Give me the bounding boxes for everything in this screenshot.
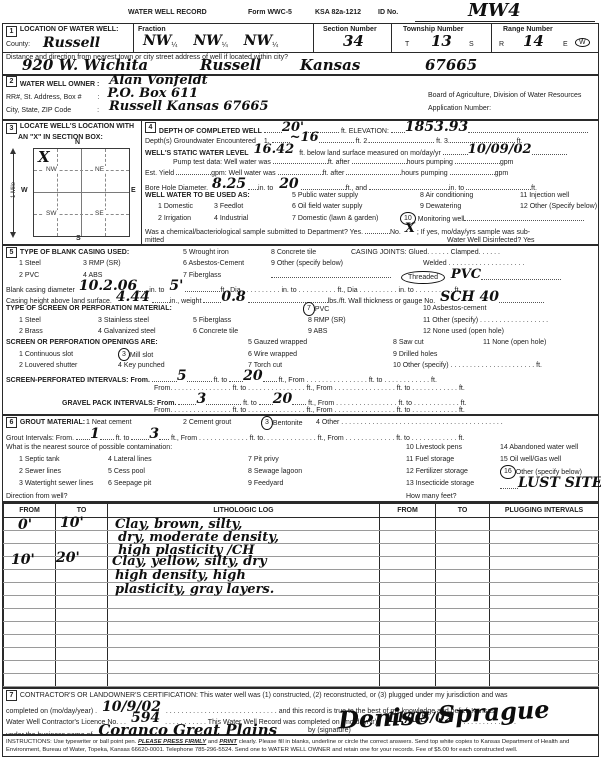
chem-sample-line: Was a chemical/bacteriological sample su… xyxy=(142,224,598,235)
section4-number: 4 xyxy=(145,122,156,133)
casing-joints-label: CASING JOINTS: Glued. . . . . . Clamped.… xyxy=(351,247,500,258)
county-value: Russell xyxy=(43,36,100,50)
screen-option-7-circled: 7 xyxy=(303,302,315,315)
address-street-value: 920 W. Wichita xyxy=(22,58,148,73)
log-table-cell xyxy=(490,648,599,661)
casing-option-9: 9 Other (specify below) xyxy=(271,258,343,269)
log-entry1-from: 0' xyxy=(18,518,32,532)
opening-option-3-label: Mill slot xyxy=(130,352,153,359)
use-option-5: 5 Public water supply xyxy=(292,190,358,201)
log-table-cell xyxy=(490,661,599,674)
screen-material-title: TYPE OF SCREEN OR PERFORATION MATERIAL: xyxy=(6,305,172,312)
screen-option-1: 1 Steel xyxy=(19,315,41,326)
log-table-cell xyxy=(108,674,380,687)
log-table-cell xyxy=(490,674,599,687)
log-table-cell xyxy=(380,609,436,622)
opening-option-4: 4 Key punched xyxy=(118,360,165,371)
quarter-glyph: ¼ xyxy=(172,42,178,49)
log-table-row xyxy=(4,583,599,596)
log-table-cell xyxy=(436,635,490,648)
range-value: 14 xyxy=(523,34,544,49)
static-level-line: WELL'S STATIC WATER LEVEL 16.42 ft. belo… xyxy=(142,145,598,156)
arrow-down-icon xyxy=(10,232,16,238)
log-table-cell xyxy=(490,570,599,583)
section6-grout: 6GROUT MATERIAL: 1 Neat cement 2 Cement … xyxy=(2,415,599,502)
pump-test-label: Pump test data: Well water was xyxy=(173,159,271,166)
opening-option-5: 5 Gauzed wrapped xyxy=(248,337,307,348)
log-table-cell xyxy=(490,596,599,609)
log-table-cell xyxy=(4,661,56,674)
opening-option-1: 1 Continuous slot xyxy=(19,349,73,360)
range-r: R xyxy=(499,41,504,48)
instructions-prefix: INSTRUCTIONS: Use typewriter or ball poi… xyxy=(6,739,136,745)
opening-option-11: 11 None (open hole) xyxy=(483,337,546,348)
log-table-cell xyxy=(108,635,380,648)
screen-option-12: 12 None used (open hole) xyxy=(423,326,504,337)
log-table-cell xyxy=(490,531,599,544)
log-table-cell xyxy=(436,596,490,609)
use-option-11: 11 Injection well xyxy=(520,190,569,201)
log-table-cell xyxy=(4,570,56,583)
log-table-cell xyxy=(380,583,436,596)
gravel-interval-line: GRAVEL PACK INTERVALS: From. 3 ft. to 20… xyxy=(3,394,598,405)
grout-option-4: 4 Other . . . . . . . . . . . . . . . . … xyxy=(316,417,503,429)
contam-option-4: 4 Lateral lines xyxy=(108,454,152,466)
mile-scale-label: 1 Mile xyxy=(11,170,17,210)
section7-number: 7 xyxy=(6,690,17,701)
log-table-cell xyxy=(4,596,56,609)
compass-east: E xyxy=(131,187,136,194)
log-table-cell xyxy=(380,544,436,557)
contam-option-16-circled: 16 xyxy=(500,465,516,479)
contam-option-6: 6 Seepage pit xyxy=(108,478,151,490)
quadrant-se: SE xyxy=(93,210,106,217)
log-table-cell xyxy=(4,648,56,661)
screen-option-6: 6 Concrete tile xyxy=(193,326,238,337)
log-entry2-from: 10' xyxy=(11,553,35,567)
section5-number: 5 xyxy=(6,247,17,258)
fraction-value: NW¼ NW¼ NW¼ xyxy=(143,36,278,50)
use-label: WELL WATER TO BE USED AS: xyxy=(145,192,250,199)
contam-option-11: 11 Fuel storage xyxy=(406,454,454,466)
id-number-line xyxy=(415,21,595,22)
opening-option-2: 2 Louvered shutter xyxy=(19,360,77,371)
casing-diameter-line: Blank casing diameter 10.2.06 in. to 5' … xyxy=(3,281,598,292)
log-table-row xyxy=(4,674,599,687)
log-table-row xyxy=(4,557,599,570)
chem-sample-no-x: X xyxy=(405,221,415,236)
section6-number: 6 xyxy=(6,417,17,428)
log-table-cell xyxy=(490,518,599,531)
log-table-cell xyxy=(4,674,56,687)
application-number-label: Application Number: xyxy=(428,102,491,115)
pump-test-line: Pump test data: Well water was ft. after… xyxy=(142,156,598,167)
grout-option-3-circled: 3 xyxy=(261,416,273,430)
log-table-cell xyxy=(4,635,56,648)
monitoring-well-label: Monitoring well xyxy=(418,216,465,223)
fraction-label: Fraction xyxy=(138,26,166,33)
log-table-cell xyxy=(56,531,108,544)
log-table-cell xyxy=(436,648,490,661)
screen-option-11: 11 Other (specify) . . . . . . . . . . .… xyxy=(423,315,548,326)
section5-casing: 5TYPE OF BLANK CASING USED: 5 Wrought ir… xyxy=(2,245,599,415)
log-table-cell xyxy=(436,518,490,531)
section3-number: 3 xyxy=(6,123,17,134)
casing-option-7: 7 Fiberglass xyxy=(183,270,221,281)
casing-option-2: 2 PVC xyxy=(19,270,39,281)
lithologic-log-section: FROM TO LITHOLOGIC LOG FROM TO PLUGGING … xyxy=(2,502,599,688)
range-west-circled: W xyxy=(575,38,590,47)
contam-option-7: 7 Pit privy xyxy=(248,454,279,466)
section-number-value: 34 xyxy=(343,34,364,49)
casing-option-6: 6 Asbestos-Cement xyxy=(183,258,244,269)
quadrant-sw: SW xyxy=(44,210,58,217)
address-zip-value: 67665 xyxy=(425,58,477,73)
log-table-cell xyxy=(436,674,490,687)
static-level-value: 16.42 xyxy=(254,142,295,157)
log-table-cell xyxy=(380,622,436,635)
range-east: E xyxy=(563,41,568,48)
log-table-cell xyxy=(4,609,56,622)
screen-interval-line: SCREEN-PERFORATED INTERVALS: From. 5 ft.… xyxy=(3,371,598,382)
log-table-cell xyxy=(380,557,436,570)
log-table-cell xyxy=(56,596,108,609)
log-entry2-line1: Clay, yellow, silty, dry xyxy=(112,555,267,568)
owner-address-label: RR#, St. Address, Box # xyxy=(6,94,81,101)
col-header-from-2: FROM xyxy=(380,504,436,518)
log-table-row xyxy=(4,531,599,544)
log-table-cell xyxy=(108,596,380,609)
screen-option-7-label: PVC xyxy=(315,306,329,313)
print-emphasis: PRINT xyxy=(219,739,237,745)
log-table-cell xyxy=(490,609,599,622)
log-table-row xyxy=(4,635,599,648)
opening-option-10: 10 Other (specify) . . . . . . . . . . .… xyxy=(393,360,542,371)
log-table-row xyxy=(4,648,599,661)
log-table-cell xyxy=(436,583,490,596)
openings-title: SCREEN OR PERFORATION OPENINGS ARE: xyxy=(6,339,158,346)
log-entry2-line2: high density, high xyxy=(115,569,246,582)
log-table-row xyxy=(4,570,599,583)
log-table-cell xyxy=(56,583,108,596)
screen-option-10: 10 Asbestos-cement xyxy=(423,303,486,314)
use-option-4: 4 Industrial xyxy=(214,213,248,224)
owner-city-label: City, State, ZIP Code xyxy=(6,107,71,114)
log-table-cell xyxy=(490,622,599,635)
grout-title: GROUT MATERIAL: xyxy=(20,419,85,426)
contam-option-12: 12 Fertilizer storage xyxy=(406,466,468,478)
log-table-cell xyxy=(436,609,490,622)
use-option-6: 6 Oil field water supply xyxy=(292,201,362,212)
col-header-lithologic-log: LITHOLOGIC LOG xyxy=(108,504,380,518)
bore-hole-line: Bore Hole Diameter. 8.25 in. to 20 ft., … xyxy=(142,179,598,190)
log-table-row xyxy=(4,518,599,531)
contam-option-1: 1 Septic tank xyxy=(19,454,59,466)
log-table-row xyxy=(4,609,599,622)
casing-option-8: 8 Concrete tile xyxy=(271,247,316,258)
opening-option-3-circled: 3 xyxy=(118,348,130,361)
opening-option-6: 6 Wire wrapped xyxy=(248,349,297,360)
quadrant-ne: NE xyxy=(93,166,106,173)
compass-north: N xyxy=(75,139,80,146)
casing-option-3: 3 RMP (SR) xyxy=(83,258,121,269)
direction-from-well-label: Direction from well? xyxy=(6,493,67,500)
log-table-cell xyxy=(490,544,599,557)
log-table-row xyxy=(4,661,599,674)
use-header-line: WELL WATER TO BE USED AS: 5 Public water… xyxy=(142,190,598,201)
lithologic-table-body xyxy=(4,518,599,687)
contam-option-9: 9 Feedyard xyxy=(248,478,283,490)
log-entry2-line3: plasticity, gray layers. xyxy=(115,583,274,596)
contamination-other-value: LUST SITE. xyxy=(518,475,601,491)
static-level-date: 10/09/02 xyxy=(468,142,532,157)
gravel-interval-blank: From. . . . . . . . . . . . . . . . ft. … xyxy=(154,407,465,414)
agency-line: Board of Agriculture, Division of Water … xyxy=(428,89,581,102)
log-table-cell xyxy=(380,596,436,609)
use-option-9: 9 Dewatering xyxy=(420,201,461,212)
section-grid: NW NE SW SE X xyxy=(33,148,130,237)
log-table-cell xyxy=(56,635,108,648)
grout-option-3-label: Bentonite xyxy=(273,420,303,427)
instructions-block: INSTRUCTIONS: Use typewriter or ball poi… xyxy=(2,735,599,757)
section3-title-1: LOCATE WELL'S LOCATION WITH xyxy=(20,123,134,130)
form-number: Form WWC-5 xyxy=(248,9,292,16)
log-table-cell xyxy=(380,674,436,687)
contam-option-2: 2 Sewer lines xyxy=(19,466,61,478)
screen-option-8: 8 RMP (SR) xyxy=(308,315,346,326)
col-header-plugging-intervals: PLUGGING INTERVALS xyxy=(490,504,599,518)
township-value: 13 xyxy=(431,34,452,49)
log-table-cell xyxy=(56,648,108,661)
form-title: WATER WELL RECORD xyxy=(128,9,207,16)
use-option-1: 1 Domestic xyxy=(158,201,193,212)
press-firmly-emphasis: PLEASE PRESS FIRMLY xyxy=(138,739,206,745)
use-option-2: 2 Irrigation xyxy=(158,213,191,224)
instructions-line1: clearly. Please fill in blanks, underlin… xyxy=(239,739,570,745)
address-state-value: Kansas xyxy=(300,58,360,73)
owner-city-value: Russell Kansas 67665 xyxy=(109,99,269,114)
log-table-cell xyxy=(490,557,599,570)
col-header-from-1: FROM xyxy=(4,504,56,518)
section1-title: LOCATION OF WATER WELL: xyxy=(20,26,119,33)
grout-option-2: 2 Cement grout xyxy=(183,417,231,429)
log-table-cell xyxy=(56,570,108,583)
log-table-cell xyxy=(380,648,436,661)
section2-number: 2 xyxy=(6,76,17,87)
contam-option-3: 3 Watertight sewer lines xyxy=(19,478,93,490)
township-t: T xyxy=(405,41,409,48)
section3-locate: 3LOCATE WELL'S LOCATION WITH AN "X" IN S… xyxy=(2,120,142,245)
log-table-cell xyxy=(108,648,380,661)
quadrant-nw: NW xyxy=(44,166,59,173)
opening-option-9: 9 Drilled holes xyxy=(393,349,437,360)
use-option-3: 3 Feedlot xyxy=(214,201,243,212)
certification-text: CONTRACTOR'S OR LANDOWNER'S CERTIFICATIO… xyxy=(20,692,508,699)
log-table-cell xyxy=(490,583,599,596)
wwc5-form: WATER WELL RECORD Form WWC-5 KSA 82a-121… xyxy=(0,0,601,759)
est-yield-line: Est. Yield gpm: Well water was ft. after… xyxy=(142,167,598,178)
screen-option-4: 4 Galvanized steel xyxy=(98,326,156,337)
id-number-value: MW4 xyxy=(468,2,521,20)
log-table-cell xyxy=(4,622,56,635)
contamination-question: What is the nearest source of possible c… xyxy=(6,444,172,451)
grout-interval-line: Grout Intervals: From. 1 ft. to 3 ft., F… xyxy=(3,429,598,441)
screen-option-3: 3 Stainless steel xyxy=(98,315,149,326)
joint-threaded-value: PVC xyxy=(451,267,481,282)
use-option-8: 8 Air conditioning xyxy=(420,190,473,201)
contam-option-10: 10 Livestock pens xyxy=(406,442,462,454)
casing-option-5: 5 Wrought iron xyxy=(183,247,229,258)
screen-option-9: 9 ABS xyxy=(308,326,327,337)
log-table-cell xyxy=(56,674,108,687)
log-table-cell xyxy=(380,570,436,583)
contam-option-8: 8 Sewage lagoon xyxy=(248,466,302,478)
section1-location: 1LOCATION OF WATER WELL: County: Russell… xyxy=(2,23,599,53)
col-header-to-2: TO xyxy=(436,504,490,518)
opening-option-8: 8 Saw cut xyxy=(393,337,424,348)
contam-option-5: 5 Cess pool xyxy=(108,466,145,478)
compass-west: W xyxy=(21,187,28,194)
casing-height-line: Casing height above land surface. 4.44 i… xyxy=(3,292,598,303)
log-table-cell xyxy=(380,635,436,648)
log-table-row xyxy=(4,596,599,609)
grout-interval-from: 1 xyxy=(90,426,100,442)
county-label: County: xyxy=(6,41,30,48)
lithologic-table: FROM TO LITHOLOGIC LOG FROM TO PLUGGING … xyxy=(3,503,599,687)
contam-option-14: 14 Abandoned water well xyxy=(500,442,578,454)
log-table-cell xyxy=(4,583,56,596)
log-table-cell xyxy=(436,570,490,583)
log-table-cell xyxy=(490,635,599,648)
use-option-12: 12 Other (Specify below) xyxy=(520,201,597,212)
owner-title: WATER WELL OWNER : xyxy=(20,81,99,88)
depth-line: 4DEPTH OF COMPLETED WELL 20' ft. ELEVATI… xyxy=(142,122,598,133)
casing-option-1: 1 Steel xyxy=(19,258,41,269)
log-table-cell xyxy=(380,518,436,531)
log-entry1-to: 10' xyxy=(60,516,84,530)
log-table-cell xyxy=(56,622,108,635)
township-s: S xyxy=(469,41,474,48)
log-table-cell xyxy=(380,531,436,544)
section1-number: 1 xyxy=(6,26,17,37)
log-table-cell xyxy=(108,661,380,674)
use-option-7: 7 Domestic (lawn & garden) xyxy=(292,213,378,224)
grout-interval-to: 3 xyxy=(149,426,159,442)
section3-title-2: AN "X" IN SECTION BOX: xyxy=(18,134,103,141)
log-table-cell xyxy=(56,609,108,622)
log-table-cell xyxy=(436,544,490,557)
est-yield-label: Est. Yield xyxy=(145,170,174,177)
log-table-cell xyxy=(56,661,108,674)
instructions-line2: Environment, Bureau of Water, Topeka, Ka… xyxy=(6,746,598,754)
mitted-continuation: mitted xyxy=(145,237,164,244)
screen-option-5: 5 Fiberglass xyxy=(193,315,231,326)
log-table-cell xyxy=(380,661,436,674)
casing-title: TYPE OF BLANK CASING USED: xyxy=(20,249,129,256)
address-city-value: Russell xyxy=(200,58,261,73)
id-number-label: ID No. xyxy=(378,9,398,16)
well-location-x-mark: X xyxy=(38,150,50,165)
log-table-row xyxy=(4,622,599,635)
log-table-cell xyxy=(436,557,490,570)
log-table-cell xyxy=(108,609,380,622)
screen-option-2: 2 Brass xyxy=(19,326,43,337)
log-table-cell xyxy=(436,661,490,674)
ksa-statute: KSA 82a-1212 xyxy=(315,9,361,16)
log-entry2-to: 20' xyxy=(56,551,80,565)
log-table-cell xyxy=(436,622,490,635)
contam-option-13: 13 Insecticide storage xyxy=(406,478,474,490)
section2-owner: 2WATER WELL OWNER : Alan Vonfeldt RR#, S… xyxy=(2,75,599,120)
groundwater-depth-1: ~16 xyxy=(290,130,319,145)
log-table-cell xyxy=(436,531,490,544)
log-table-row xyxy=(4,544,599,557)
section4-well-data: 4DEPTH OF COMPLETED WELL 20' ft. ELEVATI… xyxy=(141,120,599,245)
log-table-cell xyxy=(108,622,380,635)
